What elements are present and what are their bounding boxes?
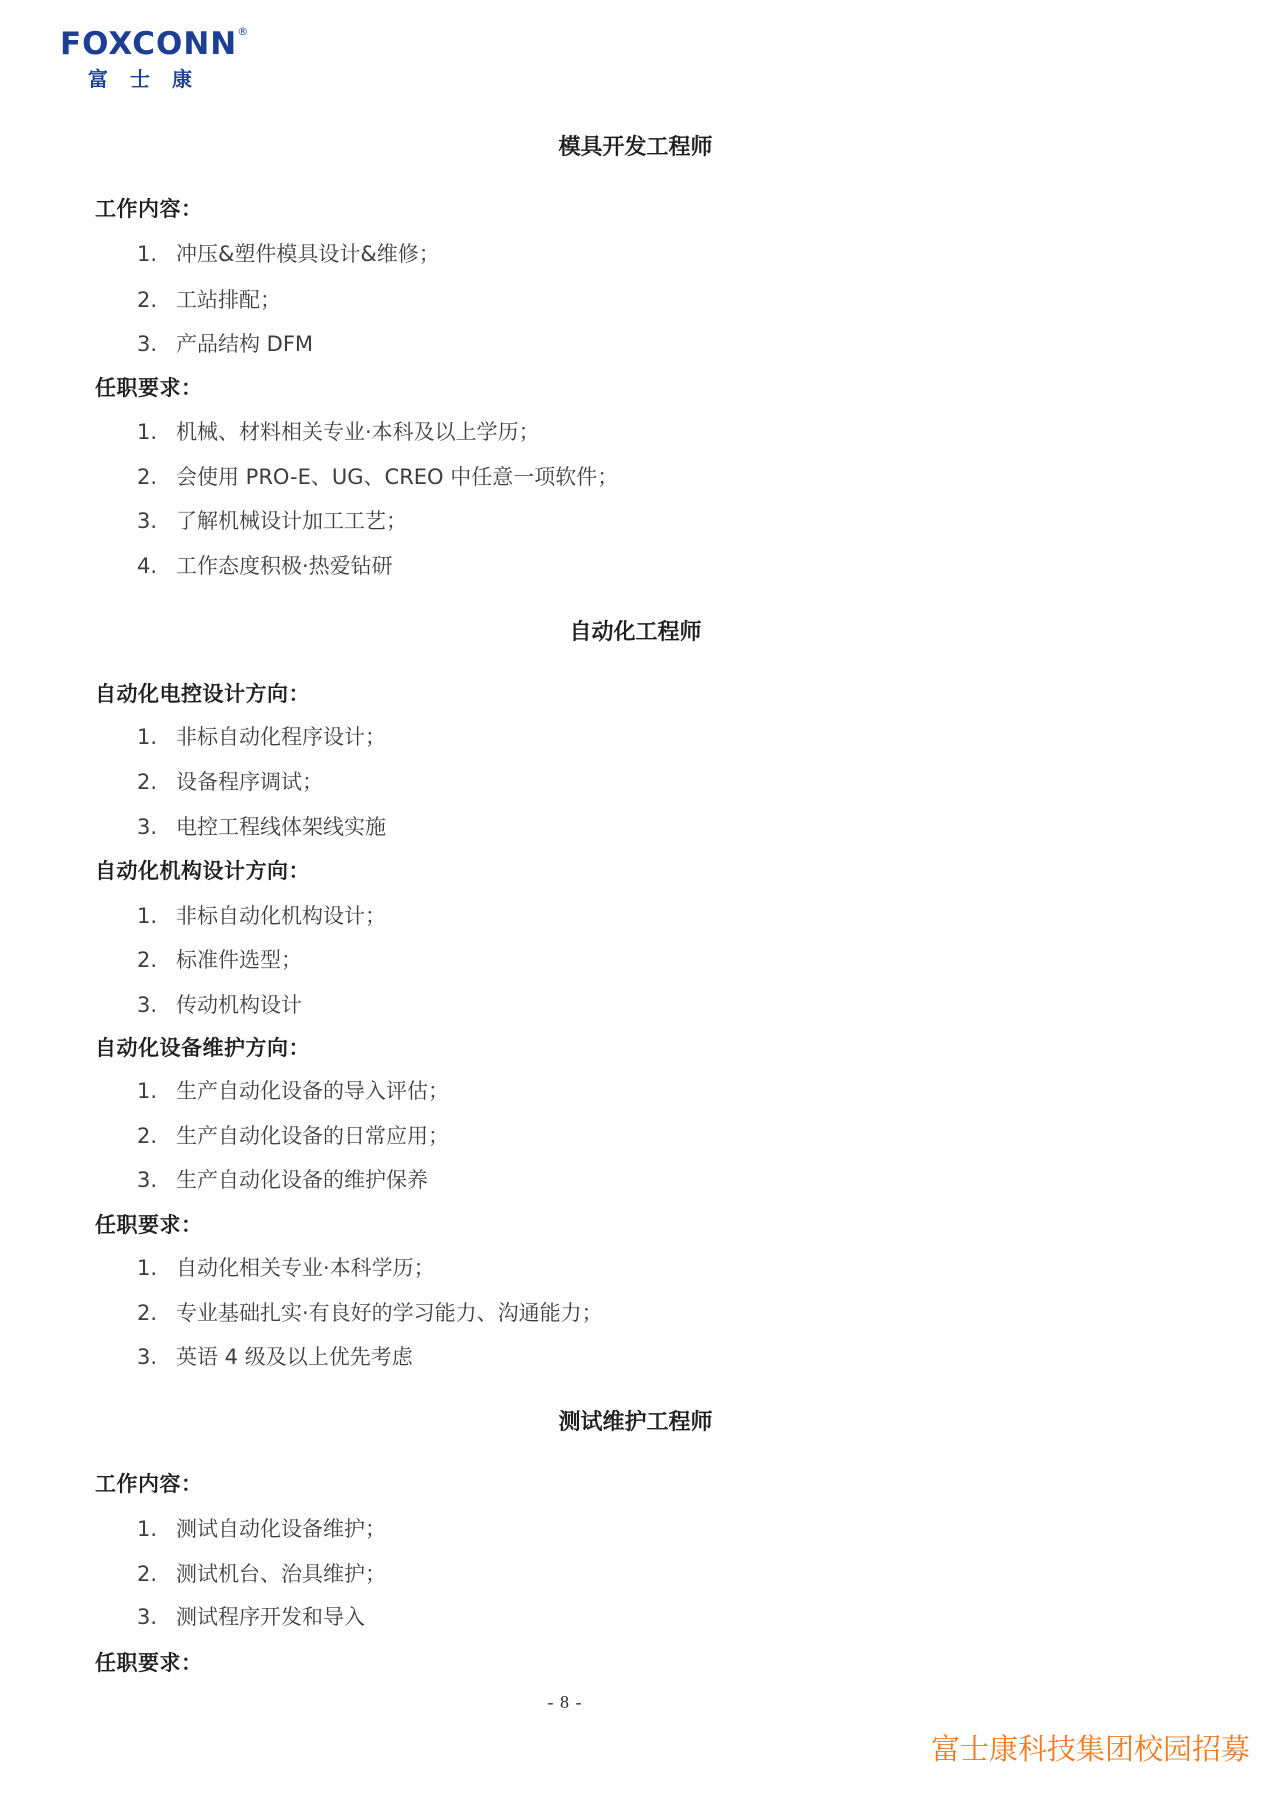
list-item: 2.设备程序调试； [137,766,323,796]
list-item: 3.生产自动化设备的维护保养 [137,1164,428,1194]
list-item-text: 生产自动化设备的日常应用； [176,1124,449,1148]
list-item-number: 2. [137,948,176,972]
list-item-number: 1. [137,1256,176,1280]
list-item: 1.机械、材料相关专业·本科及以上学历； [137,416,540,446]
list-item-text: 机械、材料相关专业·本科及以上学历； [176,420,540,444]
list-item-number: 3. [137,993,176,1017]
list-item: 1.冲压&塑件模具设计&维修； [137,238,440,268]
list-item-number: 3. [137,332,176,356]
foxconn-logo: FOXCONN® 富士康 [60,28,300,92]
list-item-text: 标准件选型； [176,948,302,972]
list-item-number: 3. [137,1605,176,1629]
list-item: 3.电控工程线体架线实施 [137,811,386,841]
list-item-number: 3. [137,1168,176,1192]
footer-campus-label: 富士康科技集团校园招募 [931,1727,1250,1768]
list-item-text: 测试程序开发和导入 [176,1605,365,1629]
list-item-number: 2. [137,465,176,489]
list-item-text: 生产自动化设备的维护保养 [176,1168,428,1192]
job-title: 模具开发工程师 [0,130,1271,161]
list-item: 4.工作态度积极·热爱钻研 [137,550,393,580]
list-item: 1.非标自动化机构设计； [137,900,386,930]
list-item: 1.测试自动化设备维护； [137,1513,386,1543]
list-item-number: 1. [137,420,176,444]
job-title: 测试维护工程师 [0,1405,1271,1436]
list-item: 3.了解机械设计加工工艺； [137,505,407,535]
list-item-text: 专业基础扎实·有良好的学习能力、沟通能力； [176,1301,603,1325]
list-item: 3.产品结构 DFM [137,328,313,358]
list-item-text: 非标自动化机构设计； [176,904,386,928]
list-item-number: 1. [137,242,176,266]
section-heading: 自动化设备维护方向： [95,1032,310,1062]
list-item-number: 1. [137,1517,176,1541]
list-item-number: 2. [137,770,176,794]
list-item: 2.会使用 PRO-E、UG、CREO 中任意一项软件； [137,461,618,491]
list-item: 2.标准件选型； [137,944,302,974]
list-item-text: 非标自动化程序设计； [176,725,386,749]
job-title: 自动化工程师 [0,615,1271,646]
list-item-number: 2. [137,1124,176,1148]
section-heading: 任职要求： [95,1647,203,1677]
list-item-number: 2. [137,1301,176,1325]
list-item-text: 自动化相关专业·本科学历； [176,1256,435,1280]
list-item-text: 工作态度积极·热爱钻研 [176,554,393,578]
list-item: 1.生产自动化设备的导入评估； [137,1075,449,1105]
list-item-text: 传动机构设计 [176,993,302,1017]
list-item: 2.生产自动化设备的日常应用； [137,1120,449,1150]
list-item-text: 设备程序调试； [176,770,323,794]
foxconn-wordmark: FOXCONN® [60,28,300,61]
list-item: 3.传动机构设计 [137,989,302,1019]
list-item-text: 电控工程线体架线实施 [176,815,386,839]
list-item-number: 3. [137,1345,176,1369]
section-heading: 任职要求： [95,372,203,402]
list-item: 2.测试机台、治具维护； [137,1558,386,1588]
list-item: 2.工站排配； [137,284,281,314]
list-item-number: 4. [137,554,176,578]
list-item-number: 3. [137,815,176,839]
section-heading: 任职要求： [95,1209,203,1239]
page-number: - 8 - [0,1692,1130,1713]
section-heading: 工作内容： [95,1468,203,1498]
list-item-number: 3. [137,509,176,533]
list-item-text: 了解机械设计加工工艺； [176,509,407,533]
list-item-text: 冲压&塑件模具设计&维修； [176,242,440,266]
list-item: 1.自动化相关专业·本科学历； [137,1252,435,1282]
section-heading: 自动化机构设计方向： [95,855,310,885]
list-item-number: 1. [137,904,176,928]
list-item-number: 1. [137,1079,176,1103]
list-item-number: 2. [137,288,176,312]
foxconn-chinese: 富士康 [88,63,300,92]
list-item: 3.测试程序开发和导入 [137,1601,365,1631]
list-item: 1.非标自动化程序设计； [137,721,386,751]
list-item-text: 生产自动化设备的导入评估； [176,1079,449,1103]
list-item-text: 测试自动化设备维护； [176,1517,386,1541]
list-item-text: 产品结构 DFM [176,332,313,356]
foxconn-wordmark-text: FOXCONN [60,26,237,62]
list-item-text: 测试机台、治具维护； [176,1562,386,1586]
list-item-text: 英语 4 级及以上优先考虑 [176,1345,413,1369]
registered-mark: ® [237,25,249,38]
section-heading: 工作内容： [95,193,203,223]
list-item: 3.英语 4 级及以上优先考虑 [137,1341,413,1371]
list-item-text: 工站排配； [176,288,281,312]
list-item: 2.专业基础扎实·有良好的学习能力、沟通能力； [137,1297,603,1327]
section-heading: 自动化电控设计方向： [95,678,310,708]
list-item-number: 1. [137,725,176,749]
list-item-text: 会使用 PRO-E、UG、CREO 中任意一项软件； [176,465,618,489]
list-item-number: 2. [137,1562,176,1586]
